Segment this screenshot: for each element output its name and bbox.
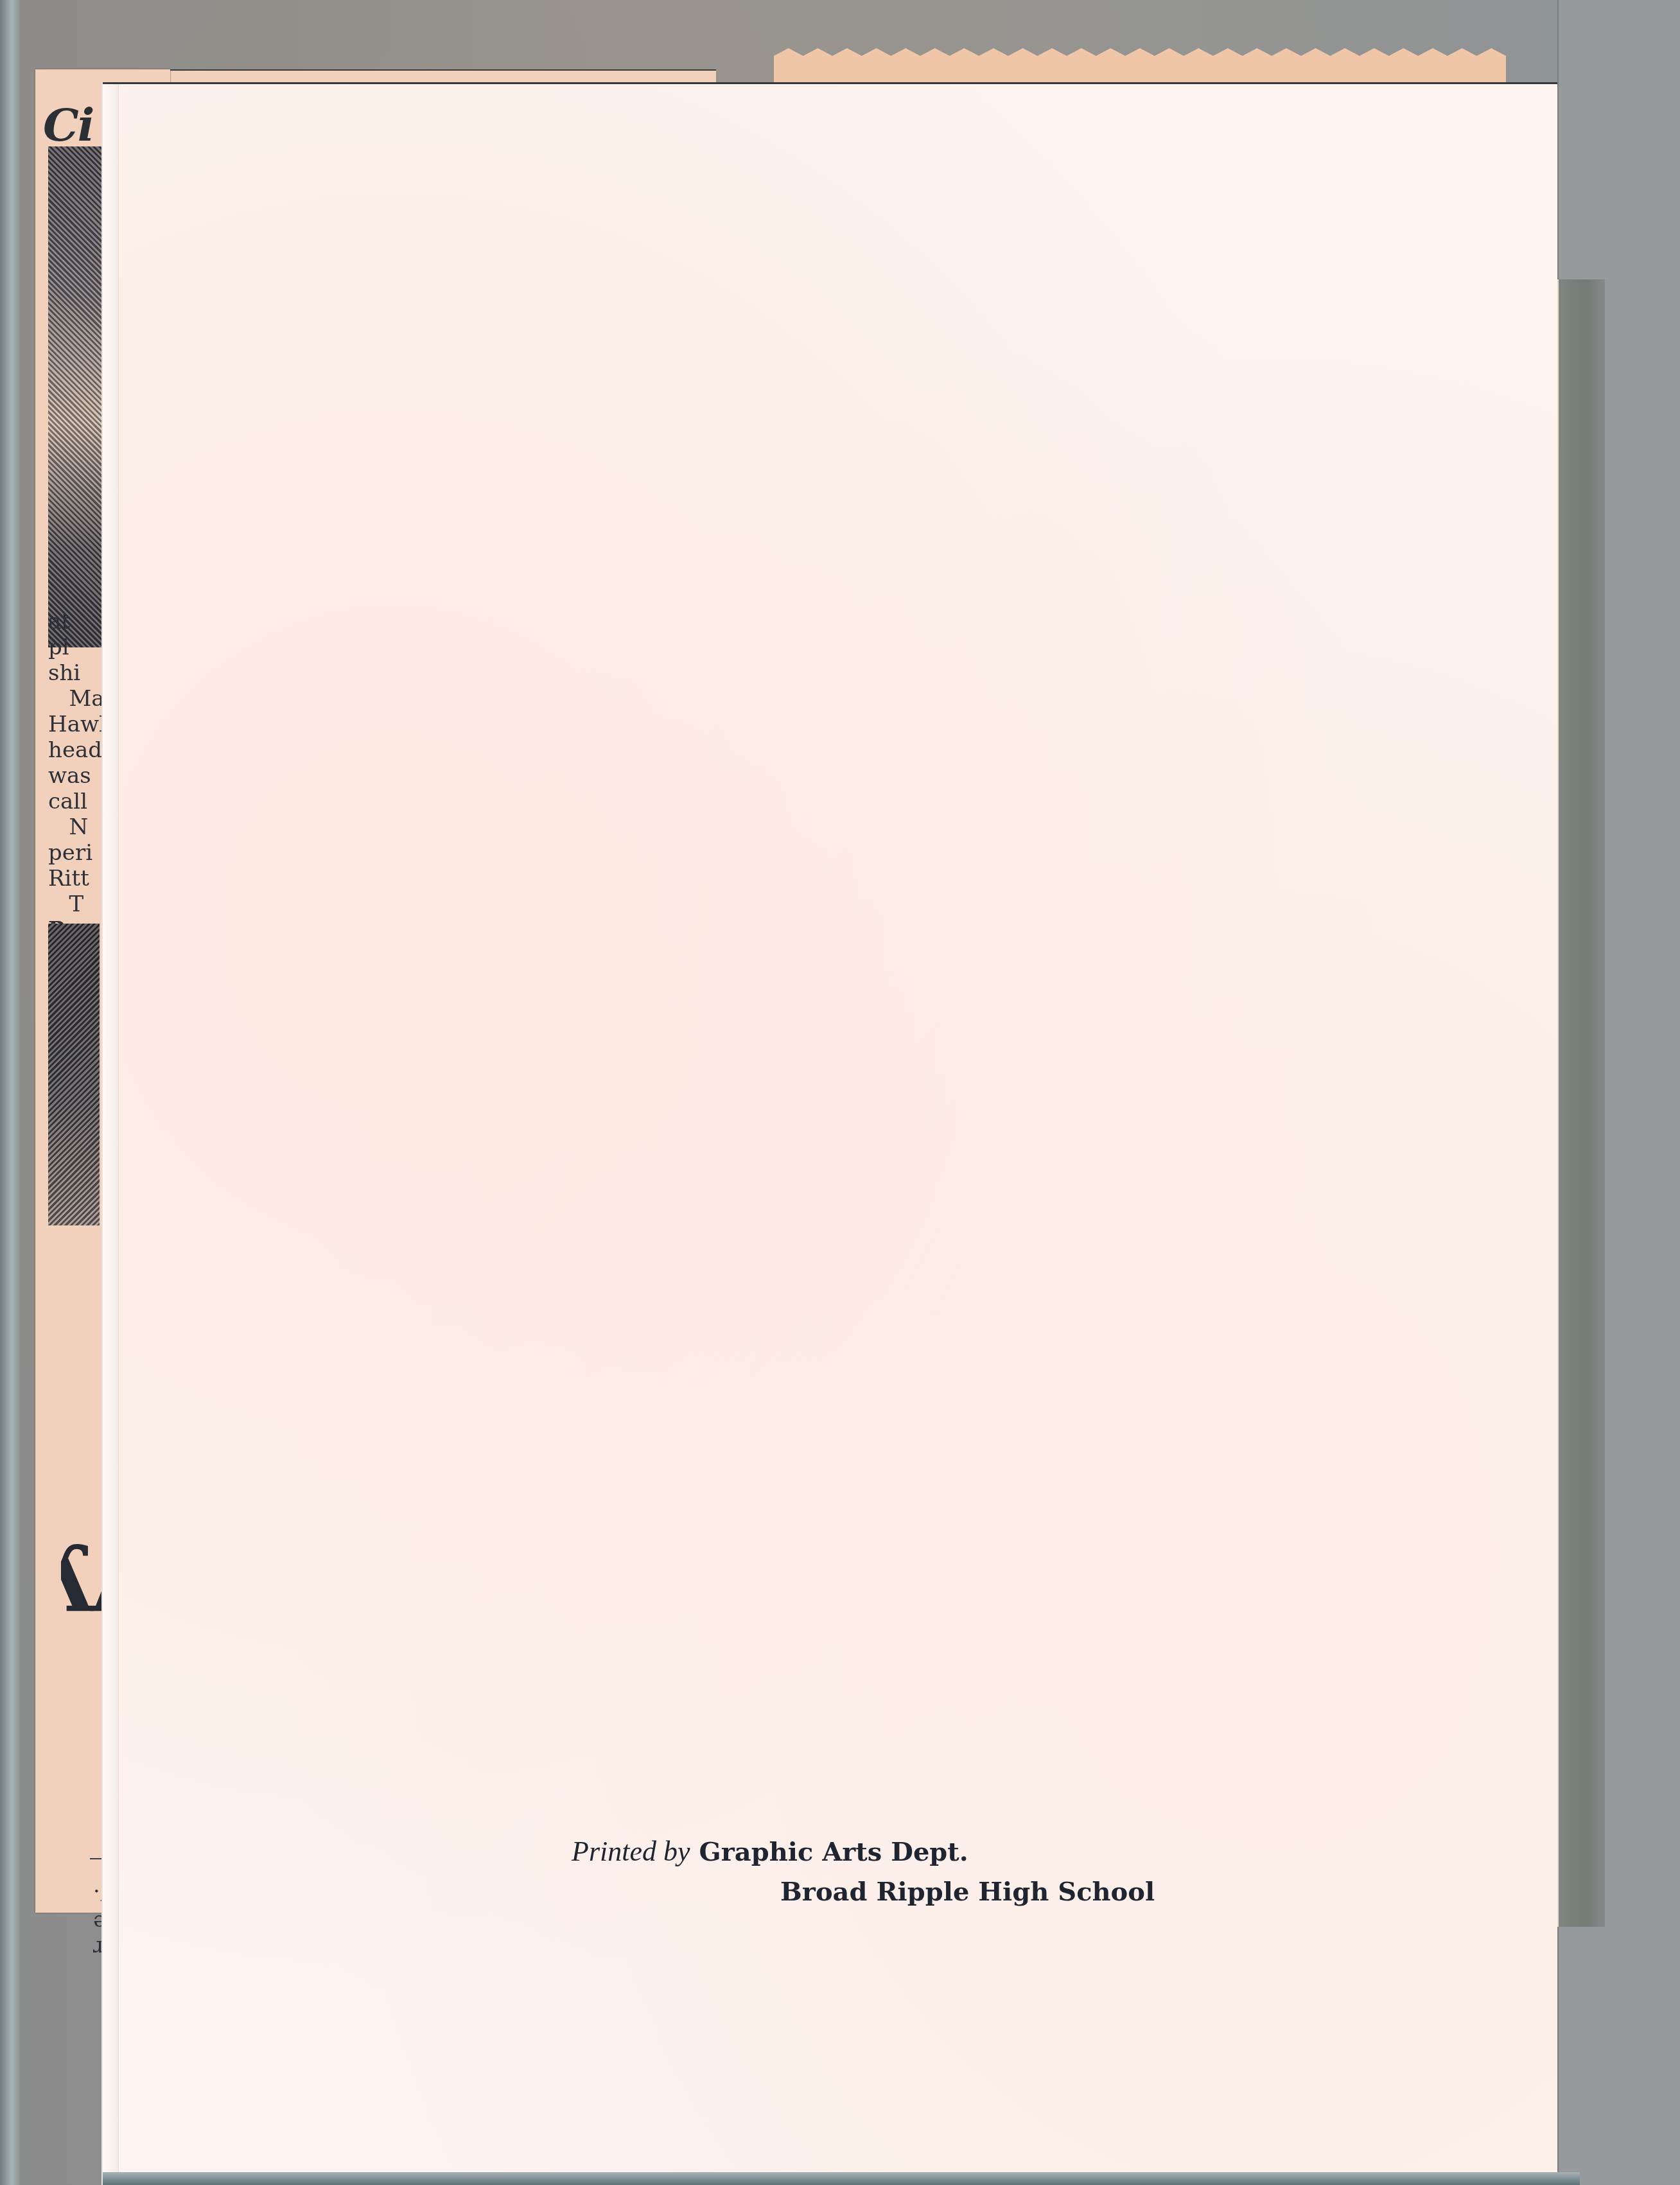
colophon-line-1: Printed byGraphic Arts Dept. — [572, 1832, 1155, 1872]
page-spine-edge — [103, 84, 119, 2185]
clipping-headline: Ci — [43, 98, 93, 152]
pinked-clipping-top — [774, 48, 1506, 87]
page-bottom-edge — [103, 2172, 1580, 2185]
printer-colophon: Printed byGraphic Arts Dept. Broad Rippl… — [572, 1832, 1155, 1912]
board-left-edge — [0, 0, 19, 2185]
printer-name: Graphic Arts Dept. — [699, 1837, 968, 1867]
printed-by-label: Printed by — [572, 1836, 690, 1867]
colophon-institution: Broad Ripple High School — [780, 1872, 1155, 1912]
tape-shadow — [1559, 279, 1605, 1927]
